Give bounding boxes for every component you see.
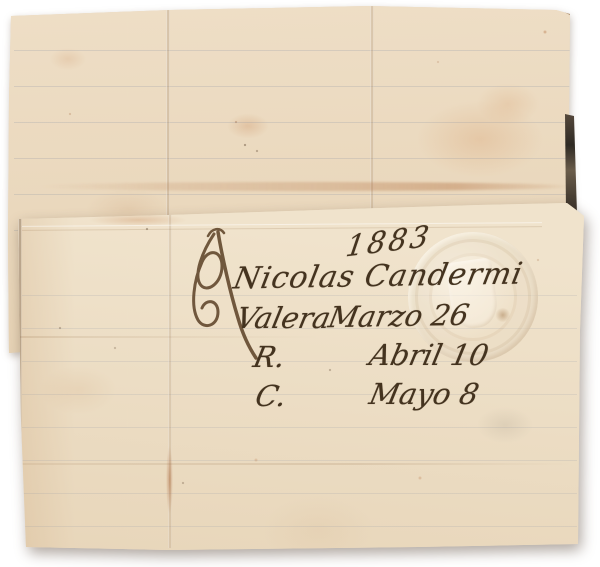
handwritten-date-3: Mayo 8 [366,377,482,411]
scanned-letter: 1883 Nicolas Candermi Valera Marzo 26 R.… [0,0,600,567]
seal-smudge [494,307,512,323]
handwritten-name: Nicolas Candermi [231,256,526,296]
handwritten-place: Valera [233,301,333,335]
handwritten-date-1: Marzo 26 [326,298,472,335]
lower-sheet-shadow: 1883 Nicolas Candermi Valera Marzo 26 R.… [18,200,585,552]
lower-sheet: 1883 Nicolas Candermi Valera Marzo 26 R.… [18,200,585,552]
handwritten-date-2: Abril 10 [366,338,491,372]
